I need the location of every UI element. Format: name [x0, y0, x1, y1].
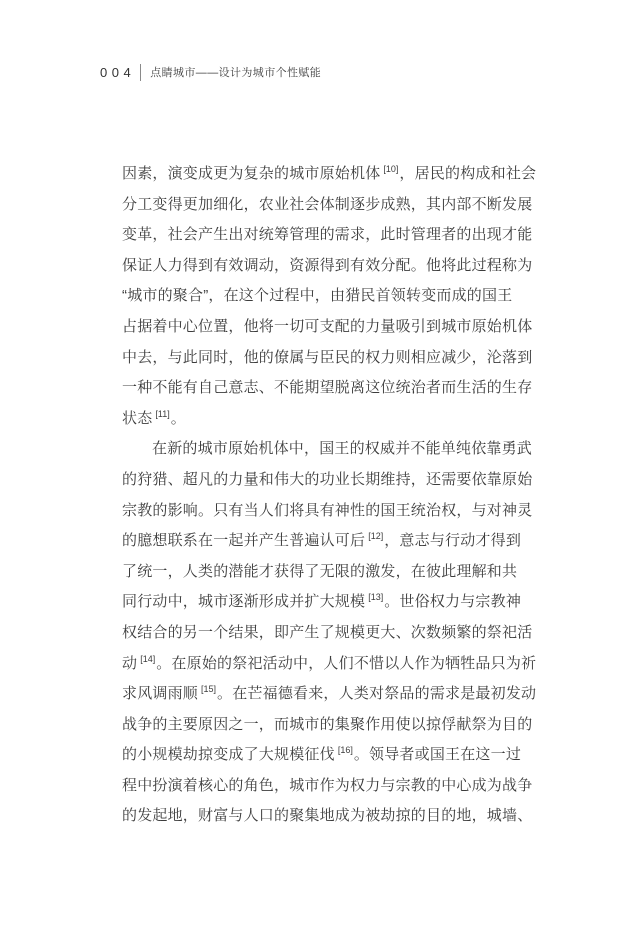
- header-divider: [140, 64, 141, 81]
- text-run: 战争的主要原因之一，而城市的集聚作用使以掠俘献祭为目的: [122, 716, 532, 733]
- text-line: 分工变得更加细化，农业社会体制逐步成熟，其内部不断发展: [122, 190, 526, 221]
- page-header: 004 点睛城市——设计为城市个性赋能: [100, 62, 321, 82]
- footnote-ref: [15]: [201, 684, 216, 694]
- text-run: 程中扮演着核心的角色，城市作为权力与宗教的中心成为战争: [122, 777, 532, 794]
- text-line: 状态[11]。: [122, 404, 526, 435]
- text-run: 了统一，人类的潜能才获得了无限的激发，在彼此理解和共: [122, 563, 517, 580]
- text-line: 因素，演变成更为复杂的城市原始机体[10]，居民的构成和社会: [122, 159, 526, 190]
- text-run: 求风调雨顺: [122, 685, 198, 702]
- text-run: 分工变得更加细化，农业社会体制逐步成熟，其内部不断发展: [122, 196, 532, 213]
- text-run: 因素，演变成更为复杂的城市原始机体: [122, 165, 380, 182]
- book-page: 004 点睛城市——设计为城市个性赋能 因素，演变成更为复杂的城市原始机体[10…: [0, 0, 634, 929]
- footnote-ref: [13]: [368, 592, 383, 602]
- paragraph: 在新的城市原始机体中，国王的权威并不能单纯依靠勇武的狩猎、超凡的力量和伟大的功业…: [122, 434, 526, 832]
- text-run: 的狩猎、超凡的力量和伟大的功业长期维持，还需要依靠原始: [122, 471, 532, 488]
- footnote-ref: [11]: [155, 409, 169, 419]
- text-run: 同行动中，城市逐渐形成并扩大规模: [122, 593, 365, 610]
- text-run: ，意志与行动才得到: [384, 532, 521, 549]
- text-run: ，居民的构成和社会: [399, 165, 536, 182]
- text-line: 一种不能有自己意志、不能期望脱离这位统治者而生活的生存: [122, 373, 526, 404]
- body-text: 因素，演变成更为复杂的城市原始机体[10]，居民的构成和社会分工变得更加细化，农…: [122, 159, 526, 832]
- footnote-ref: [16]: [338, 745, 353, 755]
- text-run: 一种不能有自己意志、不能期望脱离这位统治者而生活的生存: [122, 379, 532, 396]
- text-run: 保证人力得到有效调动，资源得到有效分配。他将此过程称为: [122, 257, 532, 274]
- text-line: 求风调雨顺[15]。在芒福德看来，人类对祭品的需求是最初发动: [122, 679, 526, 710]
- text-run: 状态: [122, 410, 152, 427]
- text-line: 的发起地，财富与人口的聚集地成为被劫掠的目的地，城墙、: [122, 801, 526, 832]
- text-line: 宗教的影响。只有当人们将具有神性的国王统治权，与对神灵: [122, 496, 526, 527]
- text-run: 变革，社会产生出对统筹管理的需求，此时管理者的出现才能: [122, 226, 532, 243]
- text-run: 的臆想联系在一起并产生普遍认可后: [122, 532, 365, 549]
- text-line: 动[14]。在原始的祭祀活动中，人们不惜以人作为牺牲品只为祈: [122, 649, 526, 680]
- text-run: 。: [171, 410, 186, 427]
- text-line: 权结合的另一个结果，即产生了规模更大、次数频繁的祭祀活: [122, 618, 526, 649]
- text-run: 的小规模劫掠变成了大规模征伐: [122, 746, 335, 763]
- text-line: 同行动中，城市逐渐形成并扩大规模[13]。世俗权力与宗教神: [122, 587, 526, 618]
- text-run: 。在芒福德看来，人类对祭品的需求是最初发动: [217, 685, 536, 702]
- text-run: 。世俗权力与宗教神: [384, 593, 521, 610]
- footnote-ref: [10]: [383, 164, 398, 174]
- text-run: 权结合的另一个结果，即产生了规模更大、次数频繁的祭祀活: [122, 624, 532, 641]
- text-run: 的发起地，财富与人口的聚集地成为被劫掠的目的地，城墙、: [122, 807, 532, 824]
- text-run: 动: [122, 655, 137, 672]
- text-run: 宗教的影响。只有当人们将具有神性的国王统治权，与对神灵: [122, 502, 532, 519]
- text-line: 保证人力得到有效调动，资源得到有效分配。他将此过程称为: [122, 251, 526, 282]
- footnote-ref: [12]: [368, 531, 383, 541]
- text-line: 的小规模劫掠变成了大规模征伐[16]。领导者或国王在这一过: [122, 740, 526, 771]
- text-run: 在新的城市原始机体中，国王的权威并不能单纯依靠勇武: [152, 440, 532, 457]
- text-line: 的狩猎、超凡的力量和伟大的功业长期维持，还需要依靠原始: [122, 465, 526, 496]
- text-run: 。领导者或国王在这一过: [354, 746, 521, 763]
- page-number: 004: [100, 65, 135, 80]
- text-line: 中去，与此同时，他的僚属与臣民的权力则相应减少，沦落到: [122, 343, 526, 374]
- text-run: “城市的聚合”，在这个过程中，由猎民首领转变而成的国王: [122, 287, 512, 304]
- text-line: 程中扮演着核心的角色，城市作为权力与宗教的中心成为战争: [122, 771, 526, 802]
- book-title: 点睛城市——设计为城市个性赋能: [150, 64, 321, 80]
- text-line: 的臆想联系在一起并产生普遍认可后[12]，意志与行动才得到: [122, 526, 526, 557]
- text-line: 在新的城市原始机体中，国王的权威并不能单纯依靠勇武: [122, 434, 526, 465]
- text-line: 占据着中心位置，他将一切可支配的力量吸引到城市原始机体: [122, 312, 526, 343]
- text-run: 。在原始的祭祀活动中，人们不惜以人作为牺牲品只为祈: [156, 655, 536, 672]
- text-run: 占据着中心位置，他将一切可支配的力量吸引到城市原始机体: [122, 318, 532, 335]
- text-line: “城市的聚合”，在这个过程中，由猎民首领转变而成的国王: [122, 281, 526, 312]
- text-line: 了统一，人类的潜能才获得了无限的激发，在彼此理解和共: [122, 557, 526, 588]
- footnote-ref: [14]: [140, 654, 155, 664]
- paragraph: 因素，演变成更为复杂的城市原始机体[10]，居民的构成和社会分工变得更加细化，农…: [122, 159, 526, 434]
- text-line: 变革，社会产生出对统筹管理的需求，此时管理者的出现才能: [122, 220, 526, 251]
- text-run: 中去，与此同时，他的僚属与臣民的权力则相应减少，沦落到: [122, 349, 532, 366]
- text-line: 战争的主要原因之一，而城市的集聚作用使以掠俘献祭为目的: [122, 710, 526, 741]
